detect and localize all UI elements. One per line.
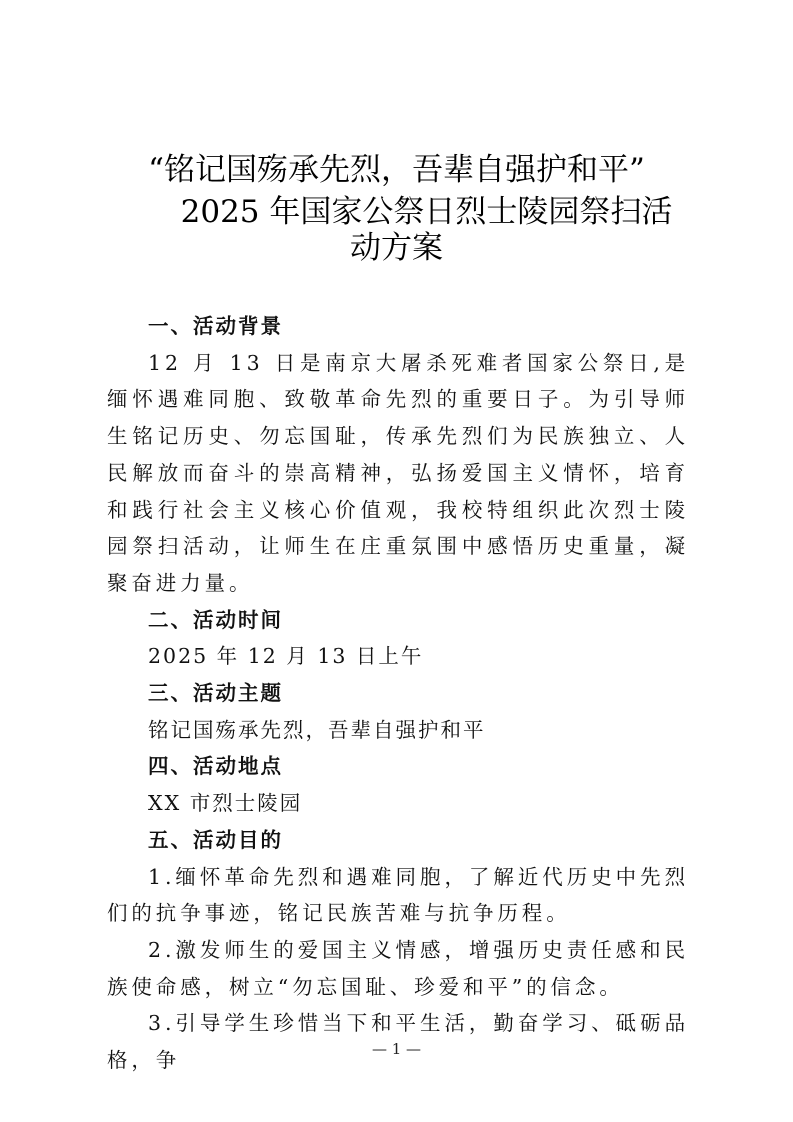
section-heading-location: 四、活动地点 (107, 748, 689, 785)
section-heading-time: 二、活动时间 (107, 602, 689, 639)
title-line-3: 动方案 (0, 228, 793, 268)
page-number: — 1 — (0, 1040, 793, 1058)
section-body-location: XX 市烈士陵园 (107, 785, 689, 822)
section-body-time: 2025 年 12 月 13 日上午 (107, 638, 689, 675)
section-body-background: 12 月 13 日是南京大屠杀死难者国家公祭日,是缅怀遇难同胞、致敬革命先烈的重… (107, 345, 689, 602)
section-heading-purpose: 五、活动目的 (107, 822, 689, 859)
purpose-item-1: 1.缅怀革命先烈和遇难同胞，了解近代历史中先烈们的抗争事迹，铭记民族苦难与抗争历… (107, 859, 689, 932)
section-body-theme: 铭记国殇承先烈，吾辈自强护和平 (107, 712, 689, 749)
title-line-2: 2025 年国家公祭日烈士陵园祭扫活 (0, 192, 793, 232)
section-heading-background: 一、活动背景 (107, 308, 689, 345)
document-body: 一、活动背景 12 月 13 日是南京大屠杀死难者国家公祭日,是缅怀遇难同胞、致… (107, 308, 689, 1079)
purpose-item-2: 2.激发师生的爱国主义情感，增强历史责任感和民族使命感，树立“勿忘国耻、珍爱和平… (107, 932, 689, 1005)
section-heading-theme: 三、活动主题 (107, 675, 689, 712)
title-line-1: “铭记国殇承先烈，吾辈自强护和平” (0, 150, 793, 190)
